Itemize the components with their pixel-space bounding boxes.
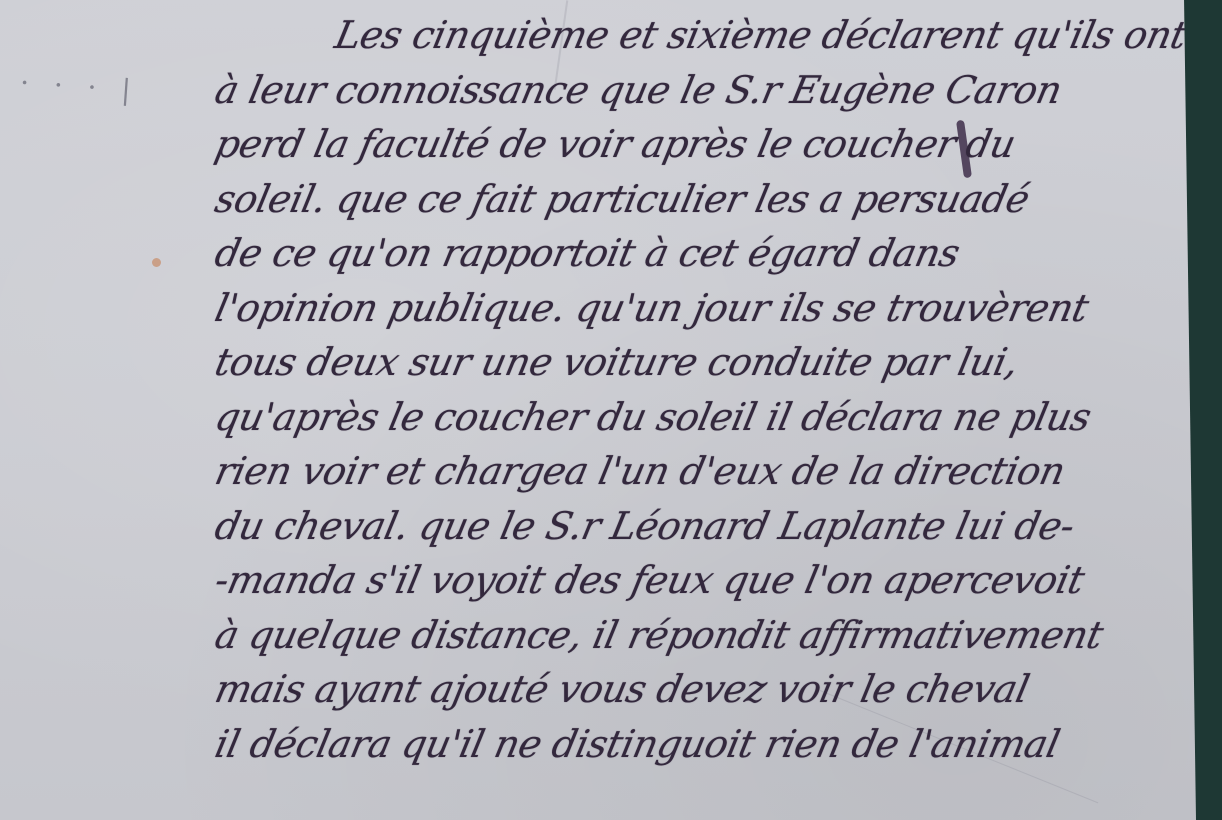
manuscript-line: il déclara qu'il ne distinguoit rien de … [210, 717, 1202, 772]
manuscript-line: du cheval. que le S.r Léonard Laplante l… [210, 499, 1202, 554]
manuscript-line: qu'après le coucher du soleil il déclara… [210, 390, 1202, 445]
manuscript-line: mais ayant ajouté vous devez voir le che… [210, 662, 1202, 717]
manuscript-line: à quelque distance, il répondit affirmat… [210, 608, 1202, 663]
manuscript-line: soleil. que ce fait particulier les a pe… [210, 172, 1202, 227]
manuscript-line: Les cinquième et sixième déclarent qu'il… [210, 8, 1202, 63]
manuscript-text: Les cinquième et sixième déclarent qu'il… [210, 8, 1190, 771]
manuscript-line: à leur connoissance que le S.r Eugène Ca… [210, 63, 1202, 118]
margin-mark: · · · | [19, 66, 140, 107]
paper-sheet: · · · | Les cinquième et sixième déclare… [0, 0, 1196, 820]
manuscript-line: -manda s'il voyoit des feux que l'on ape… [210, 553, 1202, 608]
manuscript-photo: · · · | Les cinquième et sixième déclare… [0, 0, 1222, 820]
rust-stain [152, 258, 161, 267]
manuscript-line: de ce qu'on rapportoit à cet égard dans [210, 226, 1202, 281]
manuscript-line: l'opinion publique. qu'un jour ils se tr… [210, 281, 1202, 336]
manuscript-line: rien voir et chargea l'un d'eux de la di… [210, 444, 1202, 499]
manuscript-line: tous deux sur une voiture conduite par l… [210, 335, 1202, 390]
manuscript-line: perd la faculté de voir après le coucher… [210, 117, 1202, 172]
